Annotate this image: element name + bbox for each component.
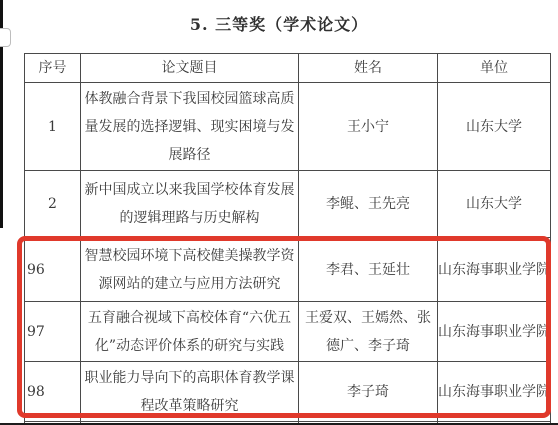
author-names: 李子琦 (299, 362, 438, 422)
paper-title: 新中国成立以来我国学校体育发展的逻辑理路与历史解构 (81, 171, 299, 238)
row-number: 98 (25, 362, 81, 422)
col-header-unit: 单位 (438, 54, 551, 83)
unit-name: 山东大学 (438, 83, 551, 171)
row-number: 2 (25, 171, 81, 238)
author-names: 王小宁 (299, 83, 438, 171)
unit-name: 山东海事职业学院 (438, 362, 551, 422)
unit-name: 山东大学 (438, 171, 551, 238)
row-number: 96 (25, 238, 81, 302)
paper-title: 职业能力导向下的高职体育教学课程改革策略研究 (81, 362, 299, 422)
table-row-highlighted: 97 五育融合视域下高校体育“六优五化”动态评价体系的研究与实践 王爱双、王嫣然… (25, 302, 551, 362)
author-names: 李君、王延壮 (299, 238, 438, 302)
unit-name: 山东海事职业学院 (438, 302, 551, 362)
awards-table: 序号 论文题目 姓名 单位 1 体教融合背景下我国校园篮球高质量发展的选择逻辑、… (24, 53, 551, 425)
table-row-highlighted: 98 职业能力导向下的高职体育教学课程改革策略研究 李子琦 山东海事职业学院 (25, 362, 551, 422)
author-names: 李鲲、王先亮 (299, 171, 438, 238)
table-row-highlighted: 96 智慧校园环境下高校健美操教学资源网站的建立与应用方法研究 李君、王延壮 山… (25, 238, 551, 302)
col-header-paper-title: 论文题目 (81, 54, 299, 83)
paper-title: 五育融合视域下高校体育“六优五化”动态评价体系的研究与实践 (81, 302, 299, 362)
paper-title: 智慧校园环境下高校健美操教学资源网站的建立与应用方法研究 (81, 238, 299, 302)
author-names: 王爱双、王嫣然、张德广、李子琦 (299, 302, 438, 362)
table-row: 2 新中国成立以来我国学校体育发展的逻辑理路与历史解构 李鲲、王先亮 山东大学 (25, 171, 551, 238)
col-header-no: 序号 (25, 54, 81, 83)
unit-name: 山东海事职业学院 (438, 238, 551, 302)
row-number: 97 (25, 302, 81, 362)
document-page: 5. 三等奖（学术论文） 序号 论文题目 姓名 单位 1 体教融合背景下我国校园… (0, 0, 558, 425)
paper-title: 体教融合背景下我国校园篮球高质量发展的选择逻辑、现实困境与发展路径 (81, 83, 299, 171)
section-title: 5. 三等奖（学术论文） (0, 12, 558, 35)
row-number: 1 (25, 83, 81, 171)
table-row: 1 体教融合背景下我国校园篮球高质量发展的选择逻辑、现实困境与发展路径 王小宁 … (25, 83, 551, 171)
col-header-names: 姓名 (299, 54, 438, 83)
table-header-row: 序号 论文题目 姓名 单位 (25, 54, 551, 83)
